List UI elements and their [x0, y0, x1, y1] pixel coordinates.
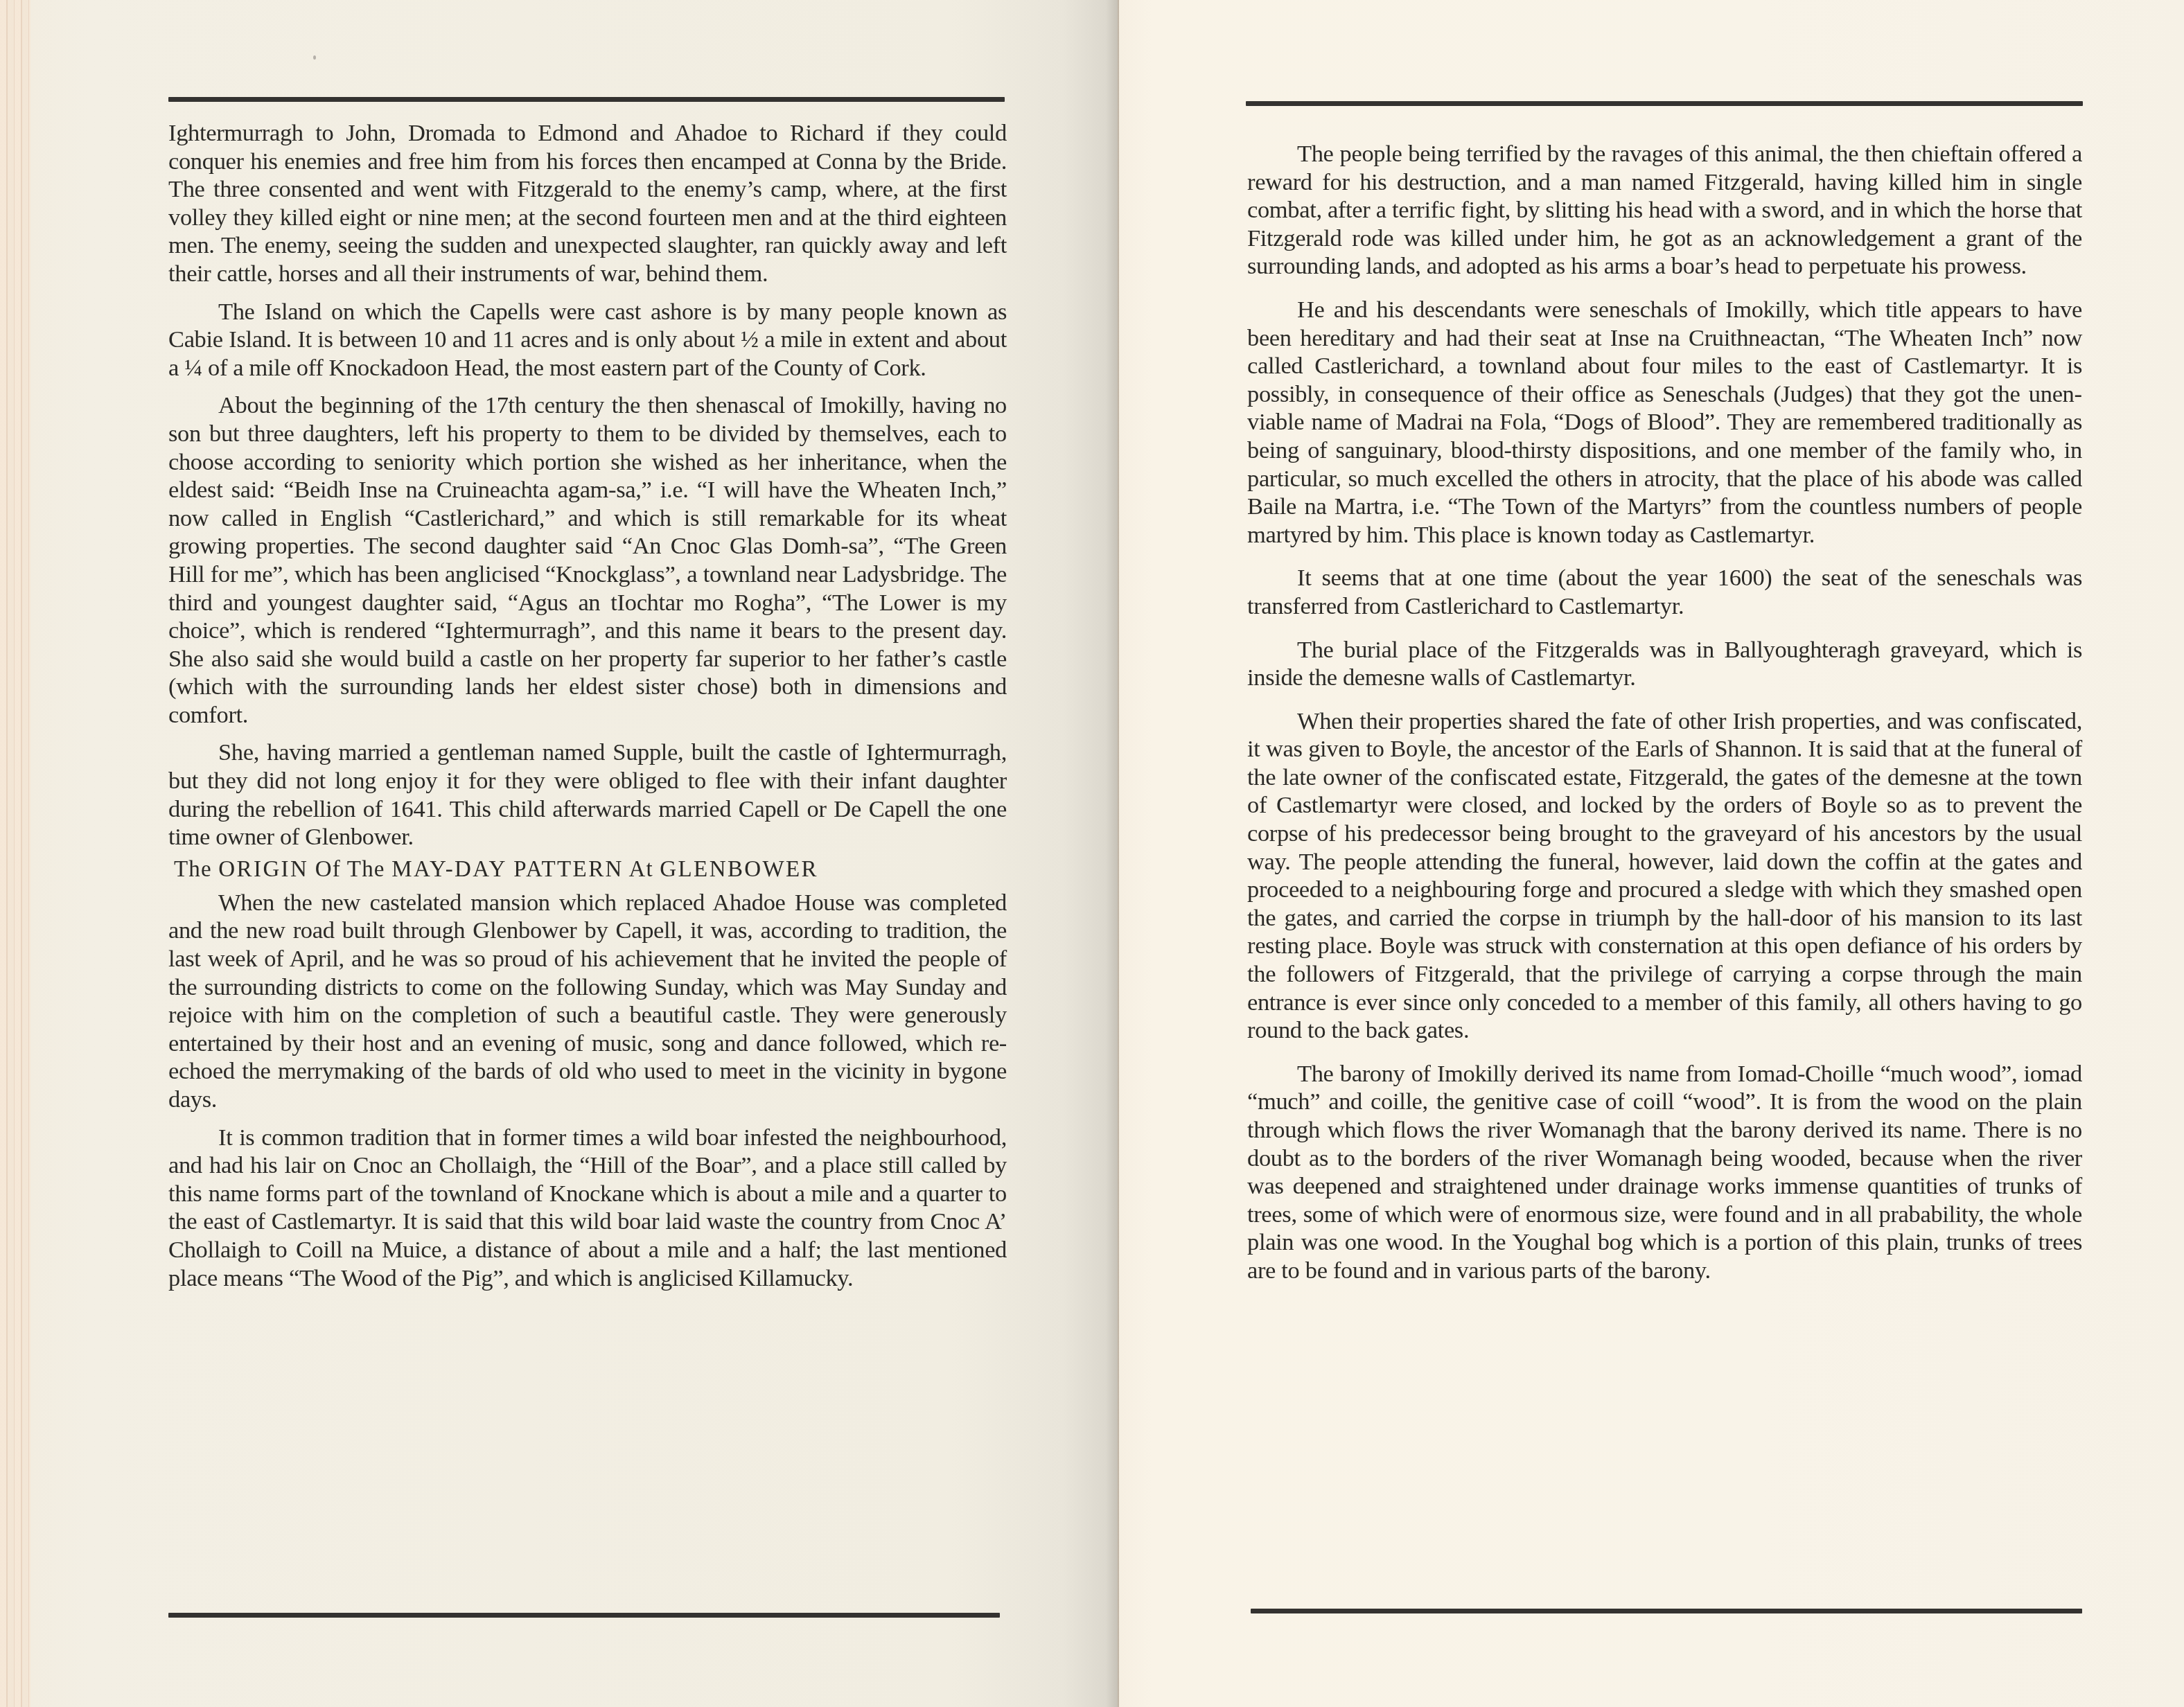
- section-heading: The ORIGIN Of The MAY-DAY PATTERN At GLE…: [174, 856, 1007, 883]
- heading-word: The: [174, 857, 212, 882]
- left-page: Ightermurragh to John, Dromada to Edmond…: [0, 0, 1119, 1707]
- paragraph: The barony of Imokilly derived its name …: [1247, 1060, 2082, 1285]
- paragraph: She, having married a gentleman named Su…: [168, 738, 1007, 851]
- heading-word: ORIGIN: [218, 857, 308, 882]
- paper-speck: [313, 55, 316, 60]
- paragraph: It seems that at one time (about the yea…: [1247, 564, 2082, 620]
- bottom-rule: [168, 1613, 1000, 1618]
- heading-word: Of The: [315, 857, 385, 882]
- top-rule: [168, 97, 1005, 102]
- heading-word: MAY-DAY: [391, 857, 507, 882]
- booklet-spread: Ightermurragh to John, Dromada to Edmond…: [0, 0, 2184, 1707]
- paragraph: It is common tradition that in former ti…: [168, 1124, 1007, 1293]
- heading-word: GLENBOWER: [660, 857, 818, 882]
- paragraph: When the new castelated mansion which re…: [168, 889, 1007, 1114]
- paragraph: The burial place of the Fitzgeralds was …: [1247, 636, 2082, 692]
- heading-word: PATTERN: [513, 857, 624, 882]
- paragraph: When their properties shared the fate of…: [1247, 707, 2082, 1045]
- right-page: The people being terrified by the ravage…: [1119, 0, 2184, 1707]
- bottom-rule: [1251, 1609, 2082, 1613]
- paragraph: About the beginning of the 17th century …: [168, 391, 1007, 729]
- paragraph: He and his descendants were seneschals o…: [1247, 296, 2082, 549]
- paragraph: The Island on which the Capells were cas…: [168, 298, 1007, 382]
- page-edges: [0, 0, 30, 1707]
- paragraph: The people being terrified by the ravage…: [1247, 140, 2082, 281]
- left-page-text: Ightermurragh to John, Dromada to Edmond…: [168, 119, 1007, 1292]
- top-rule: [1246, 101, 2083, 106]
- paragraph: Ightermurragh to John, Dromada to Edmond…: [168, 119, 1007, 288]
- heading-word: At: [628, 857, 653, 882]
- right-page-text: The people being terrified by the ravage…: [1247, 140, 2082, 1285]
